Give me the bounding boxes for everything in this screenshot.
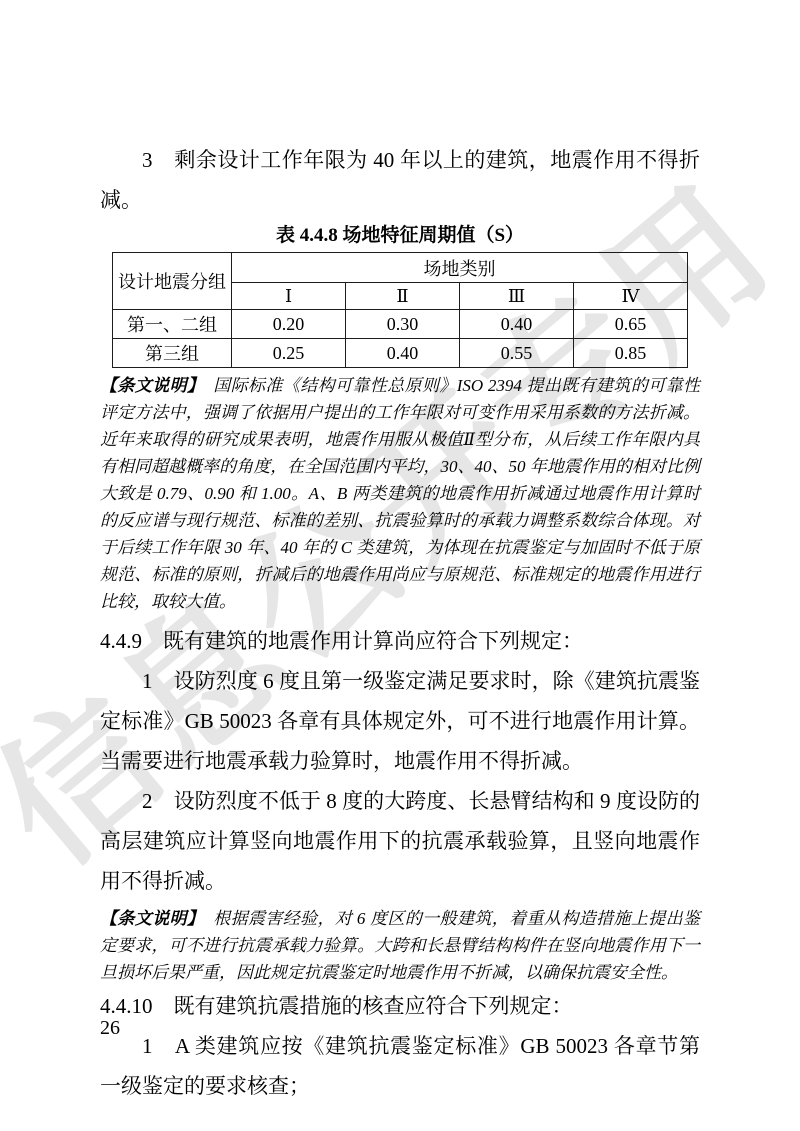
page-number: 26 [100, 1014, 120, 1042]
value-cell: 0.25 [232, 339, 346, 368]
commentary-label: 【条文说明】 [100, 376, 196, 395]
clause-3-paragraph: 3 剩余设计工作年限为 40 年以上的建筑，地震作用不得折减。 [100, 140, 700, 220]
value-cell: 0.40 [346, 339, 460, 368]
clause-4-4-9-2-paragraph: 2 设防烈度不低于 8 度的大跨度、长悬臂结构和 9 度设防的高层建筑应计算竖向… [100, 781, 700, 901]
table-row: 第三组 0.25 0.40 0.55 0.85 [113, 339, 688, 368]
row-label-cell: 第三组 [113, 339, 232, 368]
commentary-text: 国际标准《结构可靠性总原则》ISO 2394 提出既有建筑的可靠性评定方法中，强… [100, 376, 700, 611]
value-cell: 0.40 [460, 310, 574, 339]
document-page: 信息公开专用 3 剩余设计工作年限为 40 年以上的建筑，地震作用不得折减。 表… [0, 0, 800, 1131]
value-cell: 0.30 [346, 310, 460, 339]
site-class-cell: Ⅳ [574, 283, 688, 310]
value-cell: 0.55 [460, 339, 574, 368]
value-cell: 0.20 [232, 310, 346, 339]
table-header-row-1: 设计地震分组 场地类别 [113, 253, 688, 283]
commentary-2: 【条文说明】 根据震害经验，对 6 度区的一般建筑，着重从构造措施上提出鉴定要求… [100, 905, 700, 986]
site-class-cell: Ⅱ [346, 283, 460, 310]
table-caption: 表 4.4.8 场地特征周期值（S） [100, 222, 700, 250]
value-cell: 0.85 [574, 339, 688, 368]
group-header-cell: 场地类别 [232, 253, 688, 283]
commentary-label: 【条文说明】 [100, 909, 196, 928]
table-row: 第一、二组 0.20 0.30 0.40 0.65 [113, 310, 688, 339]
value-cell: 0.65 [574, 310, 688, 339]
corner-header-cell: 设计地震分组 [113, 253, 232, 310]
commentary-1: 【条文说明】 国际标准《结构可靠性总原则》ISO 2394 提出既有建筑的可靠性… [100, 372, 700, 615]
page-content: 3 剩余设计工作年限为 40 年以上的建筑，地震作用不得折减。 表 4.4.8 … [100, 140, 700, 1106]
clause-4-4-10-1-paragraph: 1 A 类建筑应按《建筑抗震鉴定标准》GB 50023 各章节第一级鉴定的要求核… [100, 1026, 700, 1106]
section-heading-4-4-10: 4.4.10 既有建筑抗震措施的核查应符合下列规定： [100, 986, 700, 1026]
site-period-table: 设计地震分组 场地类别 Ⅰ Ⅱ Ⅲ Ⅳ 第一、二组 0.20 0.30 0.40… [112, 252, 688, 368]
site-class-cell: Ⅰ [232, 283, 346, 310]
row-label-cell: 第一、二组 [113, 310, 232, 339]
site-class-cell: Ⅲ [460, 283, 574, 310]
clause-4-4-9-1-paragraph: 1 设防烈度 6 度且第一级鉴定满足要求时，除《建筑抗震鉴定标准》GB 5002… [100, 661, 700, 781]
section-heading-4-4-9: 4.4.9 既有建筑的地震作用计算尚应符合下列规定： [100, 621, 700, 661]
